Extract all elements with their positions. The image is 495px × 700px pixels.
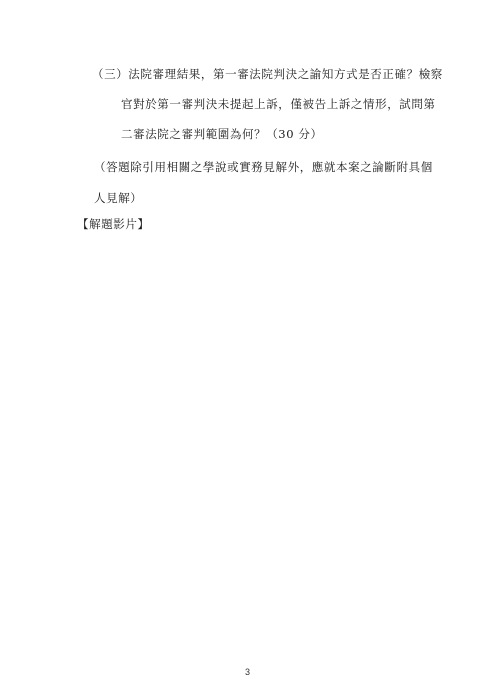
document-page: （三）法院審理結果，第一審法院判決之諭知方式是否正確？檢察 官對於第一審判決未提…: [0, 0, 495, 700]
question-text-line-1: （三）法院審理結果，第一審法院判決之諭知方式是否正確？檢察: [92, 67, 443, 81]
answer-note-line-1: （答題除引用相關之學說或實務見解外，應就本案之論斷附具個: [94, 160, 433, 174]
page-number: 3: [0, 667, 495, 677]
answer-note-line-2: 人見解）: [94, 191, 142, 205]
video-section-label: 【解題影片】: [77, 217, 150, 231]
question-text-line-2: 官對於第一審判決未提起上訴，僅被告上訴之情形，試問第: [121, 97, 436, 111]
question-text-line-3: 二審法院之審判範圍為何？（30 分）: [121, 127, 323, 141]
